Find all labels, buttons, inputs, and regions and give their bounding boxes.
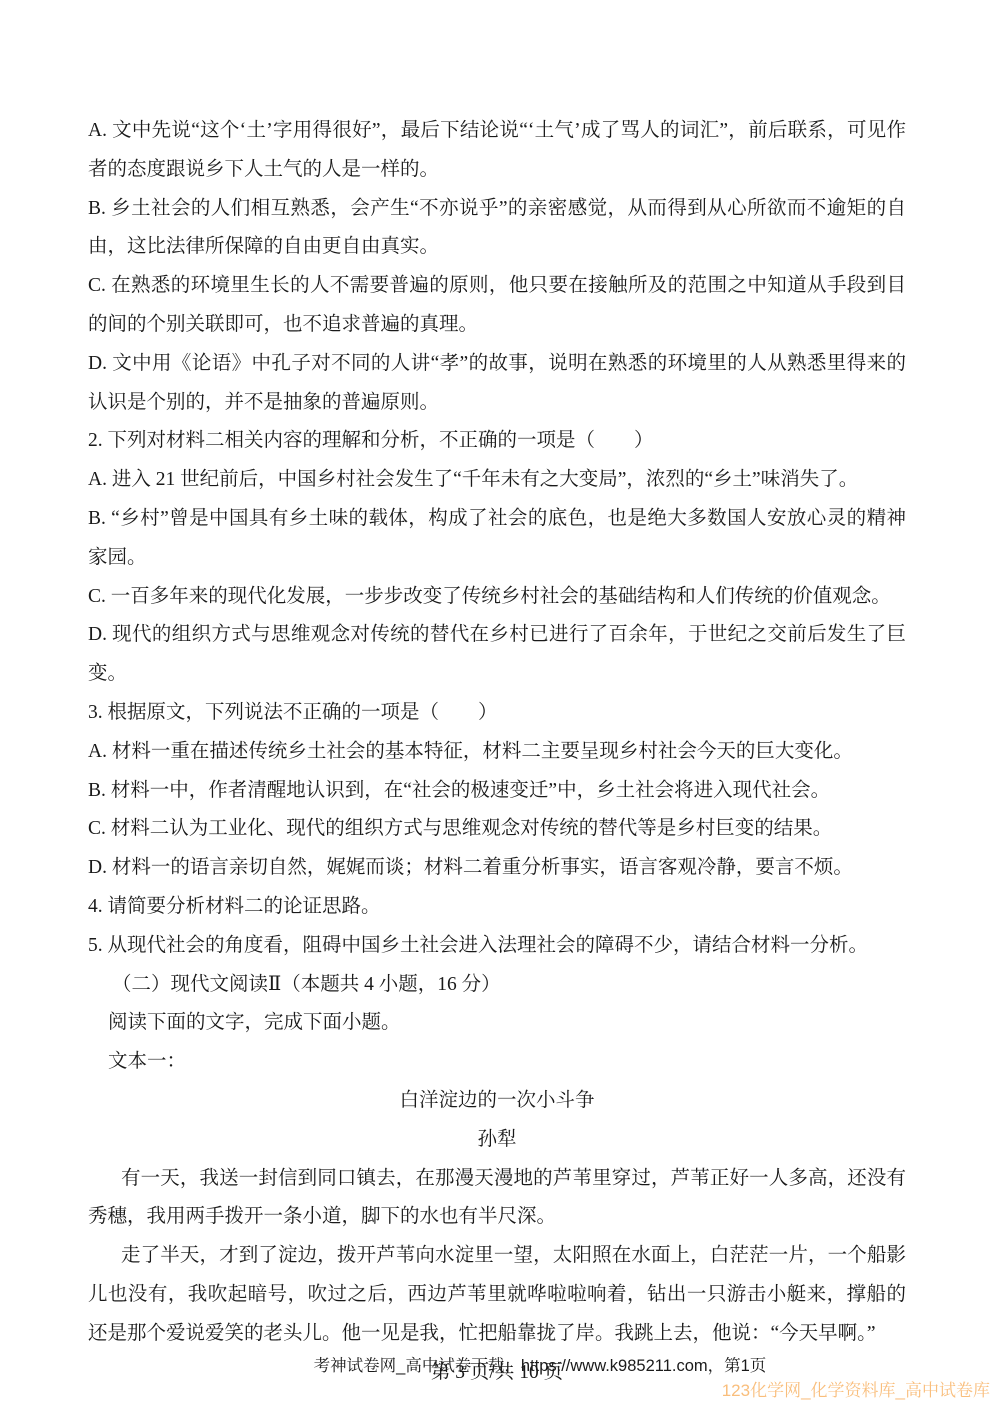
q2-option-b: B. “乡村”曾是中国具有乡土味的载体，构成了社会的底色，也是绝大多数国人安放心… <box>88 500 906 578</box>
q1-option-d: D. 文中用《论语》中孔子对不同的人讲“孝”的故事，说明在熟悉的环境里的人从熟悉… <box>88 345 906 423</box>
q1-option-c: C. 在熟悉的环境里生长的人不需要普遍的原则，他只要在接触所及的范围之中知道从手… <box>88 267 906 345</box>
essay-author: 孙犁 <box>88 1121 906 1160</box>
q1-option-b: B. 乡土社会的人们相互熟悉，会产生“不亦说乎”的亲密感觉，从而得到从心所欲而不… <box>88 190 906 268</box>
q4-stem: 4. 请简要分析材料二的论证思路。 <box>88 888 906 927</box>
q2-option-c: C. 一百多年来的现代化发展，一步步改变了传统乡村社会的基础结构和人们传统的价值… <box>88 578 906 617</box>
text-one-label: 文本一： <box>88 1043 906 1082</box>
q3-stem: 3. 根据原文，下列说法不正确的一项是（ ） <box>88 694 906 733</box>
q3-option-d: D. 材料一的语言亲切自然，娓娓而谈；材料二着重分析事实，语言客观冷静，要言不烦… <box>88 849 906 888</box>
q5-stem: 5. 从现代社会的角度看，阻碍中国乡土社会进入法理社会的障碍不少，请结合材料一分… <box>88 927 906 966</box>
q2-stem: 2. 下列对材料二相关内容的理解和分析，不正确的一项是（ ） <box>88 422 906 461</box>
essay-paragraph: 有一天，我送一封信到同口镇去，在那漫天漫地的芦苇里穿过，芦苇正好一人多高，还没有… <box>88 1160 906 1238</box>
essay-title: 白洋淀边的一次小斗争 <box>88 1082 906 1121</box>
q2-option-d: D. 现代的组织方式与思维观念对传统的替代在乡村已进行了百余年，于世纪之交前后发… <box>88 616 906 694</box>
section-heading: （二）现代文阅读Ⅱ（本题共 4 小题，16 分） <box>88 966 906 1005</box>
q3-option-c: C. 材料二认为工业化、现代的组织方式与思维观念对传统的替代等是乡村巨变的结果。 <box>88 810 906 849</box>
exam-document-page: A. 文中先说“这个‘土’字用得很好”，最后下结论说“‘土气’成了骂人的词汇”，… <box>0 0 992 1404</box>
reading-instruction: 阅读下面的文字，完成下面小题。 <box>88 1004 906 1043</box>
watermark-text: 123化学网_化学资料库_高中试卷库 <box>722 1376 990 1401</box>
q3-option-a: A. 材料一重在描述传统乡土社会的基本特征，材料二主要呈现乡村社会今天的巨大变化… <box>88 733 906 772</box>
site-footer-text: 考神试卷网_高中试卷下载，https://www.k985211.com，第1页 <box>0 1352 992 1376</box>
q3-option-b: B. 材料一中，作者清醒地认识到，在“社会的极速变迁”中，乡土社会将进入现代社会… <box>88 772 906 811</box>
q2-option-a: A. 进入 21 世纪前后，中国乡村社会发生了“千年未有之大变局”，浓烈的“乡土… <box>88 461 906 500</box>
essay-paragraph: 走了半天，才到了淀边，拨开芦苇向水淀里一望，太阳照在水面上，白茫茫一片，一个船影… <box>88 1237 906 1353</box>
page-content: A. 文中先说“这个‘土’字用得很好”，最后下结论说“‘土气’成了骂人的词汇”，… <box>88 112 906 1392</box>
q1-option-a: A. 文中先说“这个‘土’字用得很好”，最后下结论说“‘土气’成了骂人的词汇”，… <box>88 112 906 190</box>
